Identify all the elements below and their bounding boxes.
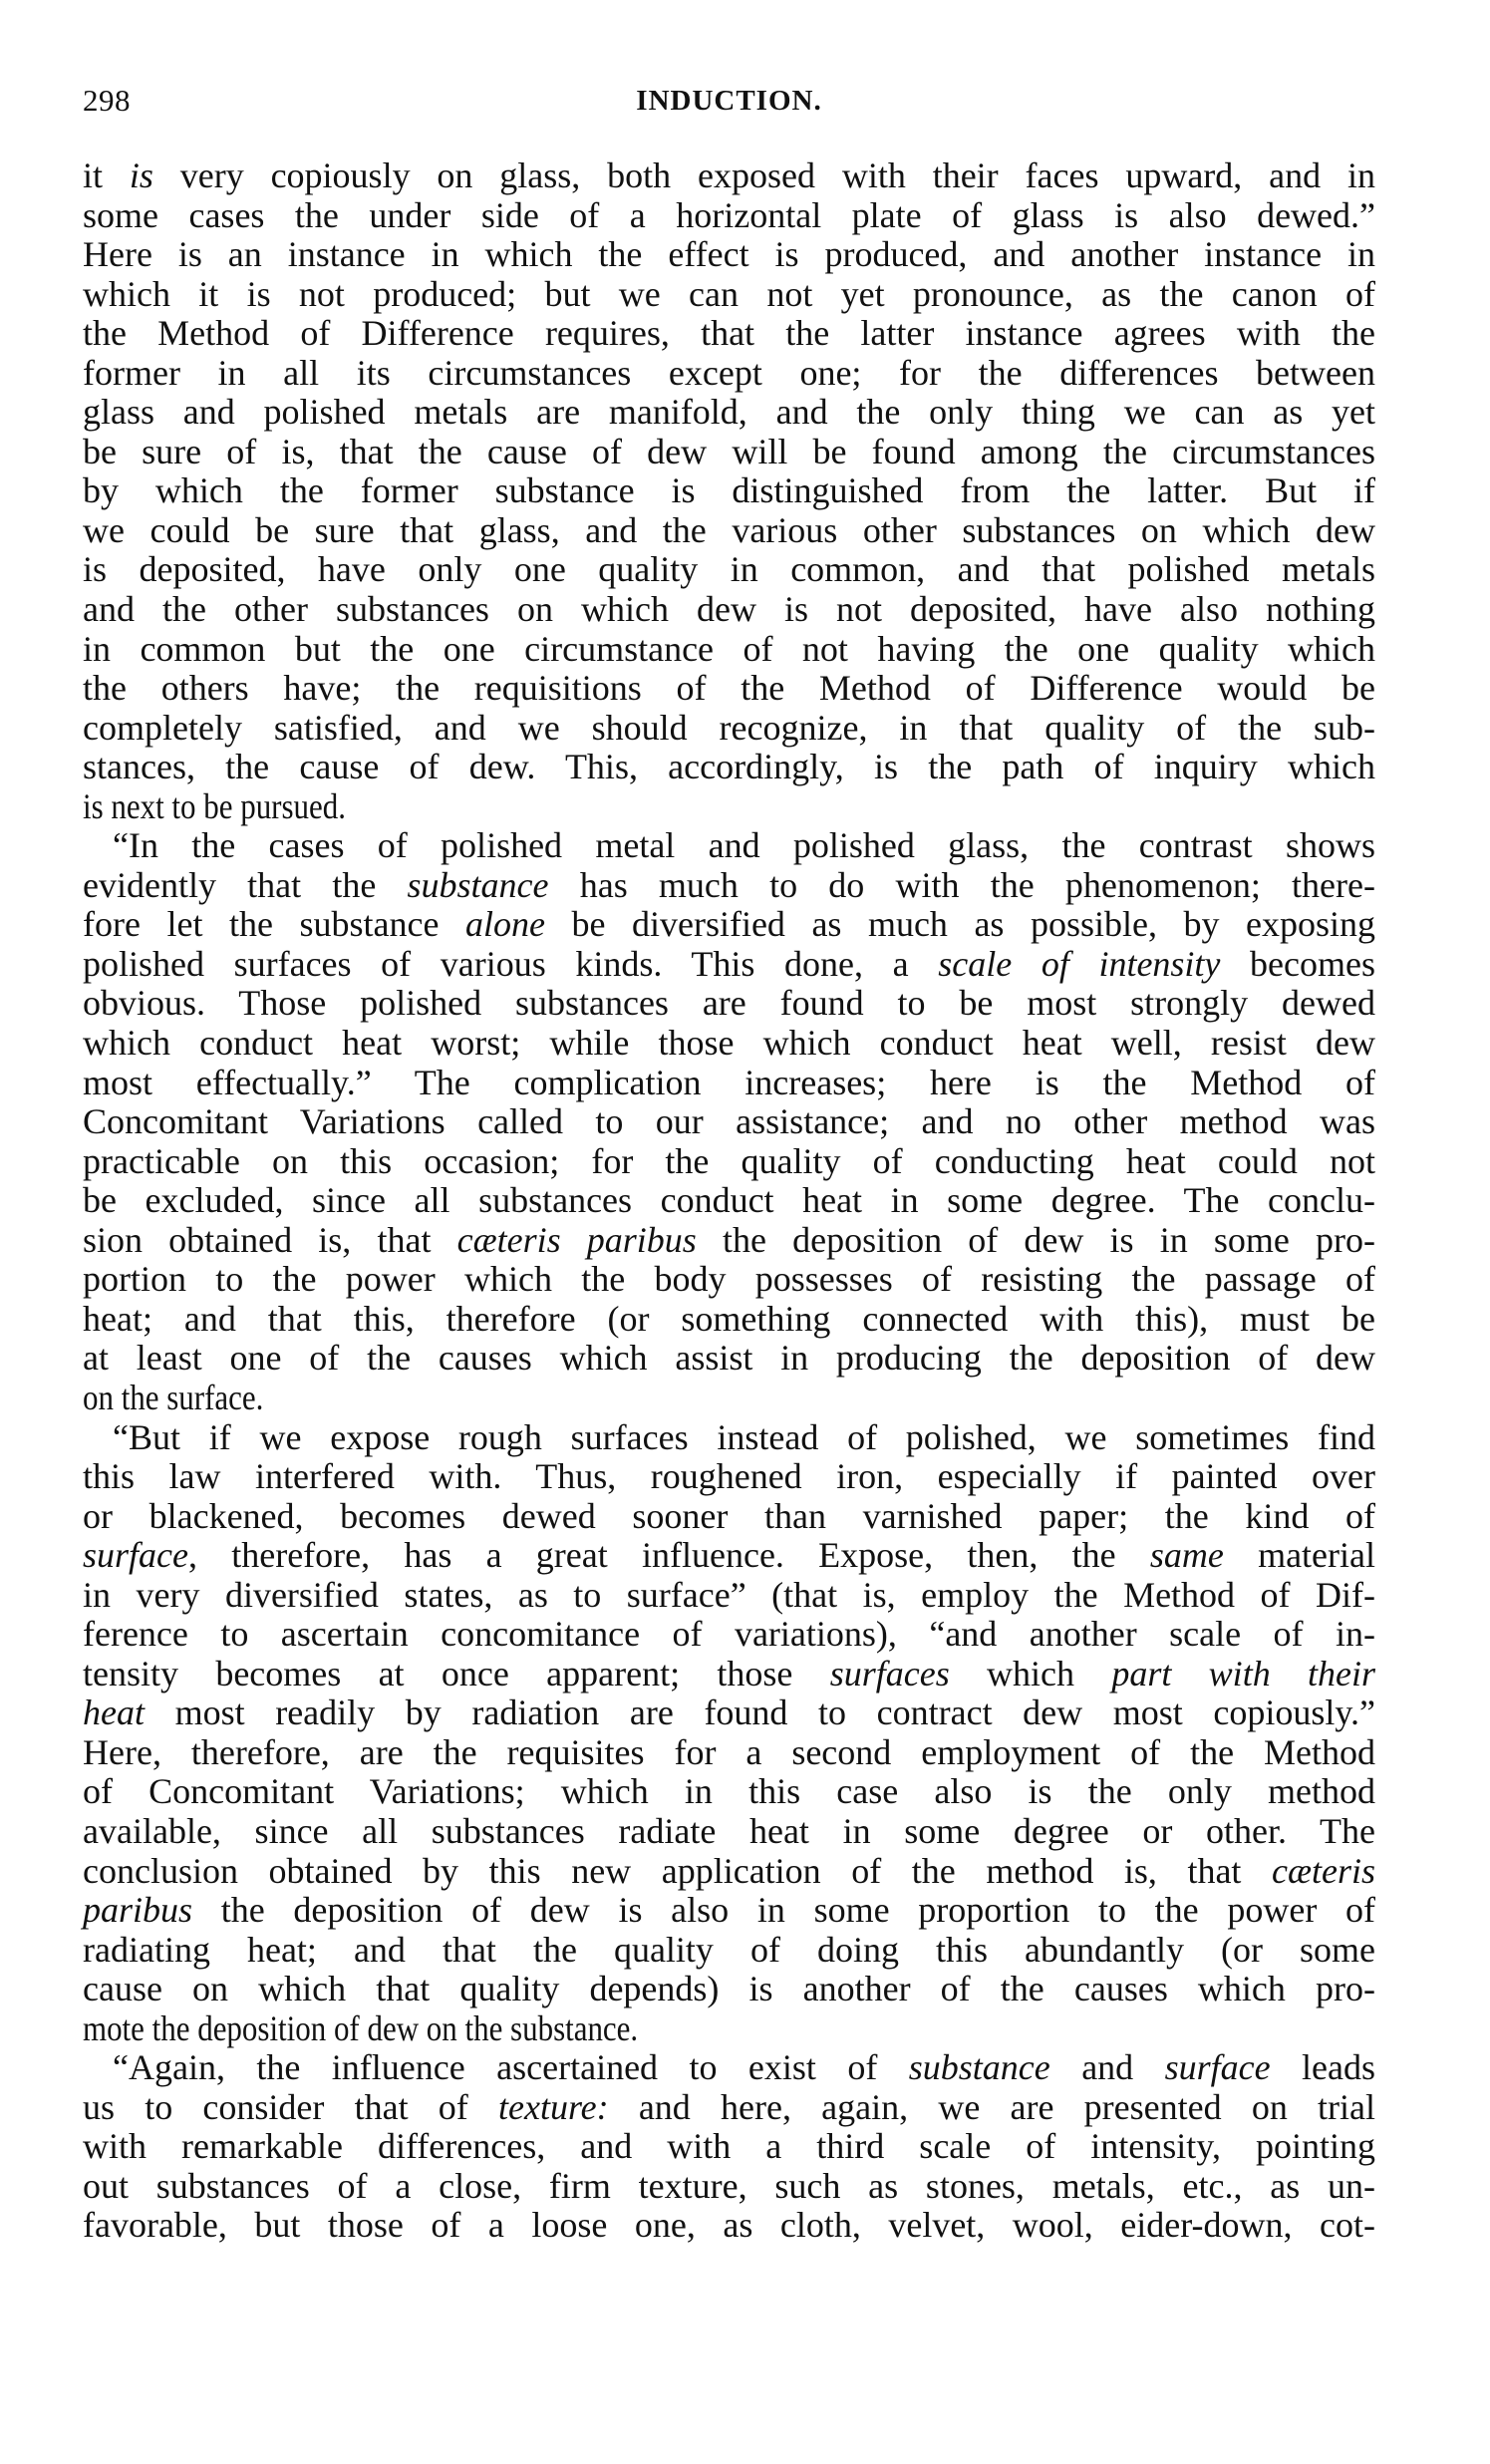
- text-run: the others have; the requisitions of the…: [83, 668, 1375, 708]
- text-line: us to consider that of texture: and here…: [83, 2088, 1375, 2128]
- text-run: sion obtained is, that: [83, 1220, 457, 1260]
- text-line: stances, the cause of dew. This, accordi…: [83, 748, 1375, 787]
- text-line: heat most readily by radiation are found…: [83, 1694, 1375, 1733]
- italic-emphasis: cæteris paribus: [457, 1220, 697, 1260]
- text-run: it: [83, 155, 130, 195]
- text-run: which it is not produced; but we can not…: [83, 274, 1375, 314]
- paragraph: “In the cases of polished metal and poli…: [83, 826, 1375, 1417]
- text-line: be sure of is, that the cause of dew wil…: [83, 433, 1375, 472]
- italic-emphasis: surfaces: [830, 1654, 950, 1694]
- text-run: available, since all substances radiate …: [83, 1811, 1375, 1851]
- paragraph: it is very copiously on glass, both expo…: [83, 156, 1375, 826]
- text-run: the deposition of dew is in some pro-: [697, 1220, 1375, 1260]
- text-run: at least one of the causes which assist …: [83, 1338, 1375, 1378]
- italic-emphasis: surface: [83, 1535, 188, 1575]
- text-line: ference to ascertain concomitance of var…: [83, 1615, 1375, 1655]
- italic-emphasis: is: [130, 155, 153, 195]
- text-line: in very diversified states, as to surfac…: [83, 1576, 1375, 1616]
- paragraph: “But if we expose rough surfaces instead…: [83, 1418, 1375, 2049]
- text-line: former in all its circumstances except o…: [83, 354, 1375, 394]
- text-line: favorable, but those of a loose one, as …: [83, 2206, 1375, 2246]
- text-line: “But if we expose rough surfaces instead…: [83, 1418, 1375, 1458]
- text-run: and here, again, we are presented on tri…: [609, 2087, 1375, 2127]
- text-run: the Method of Difference requires, that …: [83, 313, 1375, 353]
- text-line: polished surfaces of various kinds. This…: [83, 945, 1375, 985]
- text-line: is next to be pursued.: [83, 787, 1375, 827]
- text-run: ference to ascertain concomitance of var…: [83, 1614, 1375, 1654]
- text-line: we could be sure that glass, and the var…: [83, 511, 1375, 551]
- text-line: Concomitant Variations called to our ass…: [83, 1102, 1375, 1142]
- text-run: out substances of a close, firm texture,…: [83, 2166, 1375, 2206]
- text-line: most effectually.” The complication incr…: [83, 1064, 1375, 1103]
- running-title: INDUCTION.: [83, 84, 1375, 118]
- text-line: on the surface.: [83, 1379, 1375, 1418]
- text-run: be excluded, since all substances conduc…: [83, 1180, 1375, 1220]
- text-run: and the other substances on which dew is…: [83, 589, 1375, 629]
- text-run: in common but the one circumstance of no…: [83, 629, 1375, 669]
- text-run: “Again, the influence ascertained to exi…: [113, 2047, 909, 2087]
- text-line: the Method of Difference requires, that …: [83, 314, 1375, 354]
- text-line: and the other substances on which dew is…: [83, 590, 1375, 630]
- text-line: out substances of a close, firm texture,…: [83, 2167, 1375, 2207]
- italic-emphasis: substance: [909, 2047, 1050, 2087]
- text-run: by which the former substance is disting…: [83, 470, 1375, 510]
- text-line: mote the deposition of dew on the substa…: [83, 2009, 1375, 2049]
- text-line: obvious. Those polished substances are f…: [83, 984, 1375, 1024]
- text-run: or blackened, becomes dewed sooner than …: [83, 1496, 1375, 1536]
- text-run: Here, therefore, are the requisites for …: [83, 1732, 1375, 1772]
- running-head: 298 INDUCTION.: [83, 84, 1375, 118]
- text-run: Here is an instance in which the effect …: [83, 234, 1375, 274]
- text-run: practicable on this occasion; for the qu…: [83, 1141, 1375, 1181]
- text-run: glass and polished metals are manifold, …: [83, 392, 1375, 432]
- text-run: very copiously on glass, both exposed wi…: [153, 155, 1375, 195]
- text-run: “In the cases of polished metal and poli…: [113, 825, 1375, 865]
- text-run: conclusion obtained by this new applicat…: [83, 1851, 1272, 1891]
- text-line: paribus the deposition of dew is also in…: [83, 1891, 1375, 1931]
- text-run: of Concomitant Variations; which in this…: [83, 1771, 1375, 1811]
- text-run: is next to be pursued.: [83, 786, 346, 826]
- paragraph: “Again, the influence ascertained to exi…: [83, 2048, 1375, 2246]
- text-run: stances, the cause of dew. This, accordi…: [83, 747, 1375, 786]
- text-line: Here, therefore, are the requisites for …: [83, 1733, 1375, 1773]
- text-line: fore let the substance alone be diversif…: [83, 905, 1375, 945]
- text-line: conclusion obtained by this new applicat…: [83, 1852, 1375, 1892]
- text-line: is deposited, have only one quality in c…: [83, 550, 1375, 590]
- text-run: and: [1050, 2047, 1165, 2087]
- text-run: this law interfered with. Thus, roughene…: [83, 1456, 1375, 1496]
- italic-emphasis: paribus: [83, 1890, 192, 1930]
- text-line: cause on which that quality depends) is …: [83, 1970, 1375, 2009]
- text-line: practicable on this occasion; for the qu…: [83, 1142, 1375, 1182]
- text-run: , therefore, has a great influence. Expo…: [188, 1535, 1150, 1575]
- text-run: us to consider that of: [83, 2087, 498, 2127]
- text-line: sion obtained is, that cæteris paribus t…: [83, 1221, 1375, 1261]
- text-line: in common but the one circumstance of no…: [83, 630, 1375, 670]
- text-line: at least one of the causes which assist …: [83, 1339, 1375, 1379]
- text-line: available, since all substances radiate …: [83, 1812, 1375, 1852]
- italic-emphasis: heat: [83, 1693, 145, 1732]
- text-run: obvious. Those polished substances are f…: [83, 983, 1375, 1023]
- text-run: the deposition of dew is also in some pr…: [192, 1890, 1375, 1930]
- text-run: fore let the substance: [83, 904, 465, 944]
- text-run: material: [1224, 1535, 1375, 1575]
- text-run: which conduct heat worst; while those wh…: [83, 1023, 1375, 1063]
- text-run: “But if we expose rough surfaces instead…: [113, 1417, 1375, 1457]
- text-line: heat; and that this, therefore (or somet…: [83, 1300, 1375, 1340]
- text-run: completely satisfied, and we should reco…: [83, 708, 1375, 748]
- text-line: Here is an instance in which the effect …: [83, 235, 1375, 275]
- italic-emphasis: same: [1150, 1535, 1224, 1575]
- italic-emphasis: cæteris: [1272, 1851, 1375, 1891]
- text-run: be sure of is, that the cause of dew wil…: [83, 432, 1375, 471]
- text-line: which conduct heat worst; while those wh…: [83, 1024, 1375, 1064]
- text-line: which it is not produced; but we can not…: [83, 275, 1375, 315]
- text-run: on the surface.: [83, 1378, 263, 1417]
- text-run: most effectually.” The complication incr…: [83, 1063, 1375, 1102]
- text-line: it is very copiously on glass, both expo…: [83, 156, 1375, 196]
- text-line: portion to the power which the body poss…: [83, 1260, 1375, 1300]
- text-line: “Again, the influence ascertained to exi…: [83, 2048, 1375, 2088]
- italic-emphasis: surface: [1165, 2047, 1271, 2087]
- text-run: portion to the power which the body poss…: [83, 1259, 1375, 1299]
- text-run: evidently that the: [83, 865, 408, 905]
- text-line: evidently that the substance has much to…: [83, 866, 1375, 906]
- text-run: be diversified as much as possible, by e…: [545, 904, 1375, 944]
- text-run: we could be sure that glass, and the var…: [83, 510, 1375, 550]
- text-line: tensity becomes at once apparent; those …: [83, 1655, 1375, 1694]
- text-run: mote the deposition of dew on the substa…: [83, 2008, 638, 2048]
- text-line: this law interfered with. Thus, roughene…: [83, 1457, 1375, 1497]
- text-line: completely satisfied, and we should reco…: [83, 709, 1375, 749]
- text-line: or blackened, becomes dewed sooner than …: [83, 1497, 1375, 1537]
- italic-emphasis: alone: [465, 904, 545, 944]
- text-run: Concomitant Variations called to our ass…: [83, 1101, 1375, 1141]
- text-run: favorable, but those of a loose one, as …: [83, 2205, 1375, 2245]
- text-run: is deposited, have only one quality in c…: [83, 549, 1375, 589]
- text-line: radiating heat; and that the quality of …: [83, 1931, 1375, 1971]
- text-run: which: [950, 1654, 1112, 1694]
- text-line: be excluded, since all substances conduc…: [83, 1181, 1375, 1221]
- body-text: it is very copiously on glass, both expo…: [83, 156, 1375, 2246]
- text-run: in very diversified states, as to surfac…: [83, 1575, 1375, 1615]
- text-line: with remarkable differences, and with a …: [83, 2127, 1375, 2167]
- text-run: radiating heat; and that the quality of …: [83, 1930, 1375, 1970]
- text-run: has much to do with the phenomenon; ther…: [549, 865, 1375, 905]
- text-run: becomes: [1220, 944, 1375, 984]
- text-run: some cases the under side of a horizonta…: [83, 195, 1375, 235]
- text-run: with remarkable differences, and with a …: [83, 2126, 1375, 2166]
- text-run: heat; and that this, therefore (or somet…: [83, 1299, 1375, 1339]
- text-run: cause on which that quality depends) is …: [83, 1969, 1375, 2008]
- text-run: most readily by radiation are found to c…: [145, 1693, 1375, 1732]
- text-line: “In the cases of polished metal and poli…: [83, 826, 1375, 866]
- italic-emphasis: part with their: [1111, 1654, 1375, 1694]
- text-line: by which the former substance is disting…: [83, 471, 1375, 511]
- italic-emphasis: texture:: [498, 2087, 609, 2127]
- text-run: polished surfaces of various kinds. This…: [83, 944, 938, 984]
- text-run: former in all its circumstances except o…: [83, 353, 1375, 393]
- italic-emphasis: substance: [408, 865, 549, 905]
- text-line: some cases the under side of a horizonta…: [83, 196, 1375, 236]
- text-line: of Concomitant Variations; which in this…: [83, 1772, 1375, 1812]
- text-line: the others have; the requisitions of the…: [83, 669, 1375, 709]
- italic-emphasis: scale of intensity: [938, 944, 1220, 984]
- text-line: glass and polished metals are manifold, …: [83, 393, 1375, 433]
- text-run: tensity becomes at once apparent; those: [83, 1654, 830, 1694]
- text-run: leads: [1271, 2047, 1375, 2087]
- text-line: surface, therefore, has a great influenc…: [83, 1536, 1375, 1576]
